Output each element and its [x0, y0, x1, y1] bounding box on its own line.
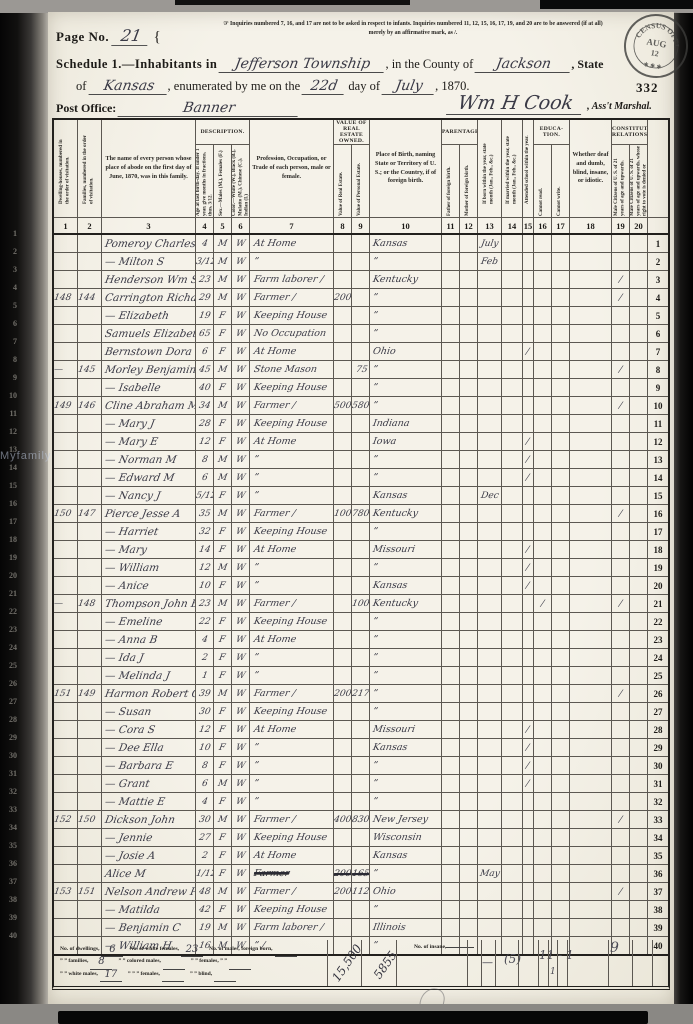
footer-column-rule [652, 940, 653, 986]
cell-birthplace: Kansas [370, 739, 442, 757]
cell-vote_denied [630, 811, 648, 829]
cell-born_month [478, 271, 502, 289]
cell-occupation: At Home [250, 847, 334, 865]
cell-personal_estate: 1650 [352, 865, 370, 883]
cell-birthplace: Missouri [370, 541, 442, 559]
cell-personal_estate [352, 667, 370, 685]
cell-personal_estate [352, 919, 370, 937]
cell-cannot_write [552, 703, 570, 721]
cell-sex: M [214, 253, 232, 271]
cell-color: W [232, 667, 250, 685]
col-number-1: 1 [53, 218, 78, 235]
cell-male_citizen [612, 649, 630, 667]
cell-born_month [478, 721, 502, 739]
cell-male_citizen [612, 577, 630, 595]
cell-family [78, 829, 102, 847]
cell-cannot_write [552, 325, 570, 343]
row-number: 21 [648, 595, 670, 613]
col-header-cannot_write: Cannot write. [552, 145, 570, 218]
cell-school [523, 234, 534, 253]
col-number-2: 2 [78, 218, 102, 235]
cell-male_citizen [612, 559, 630, 577]
cell-birthplace: ” [370, 253, 442, 271]
cell-occupation: ” [250, 469, 334, 487]
cell-family [78, 415, 102, 433]
row-number: 35 [648, 847, 670, 865]
cell-name: Henderson Wm S [102, 271, 196, 289]
cell-occupation: Farmer / [250, 685, 334, 703]
cell-birthplace: Kentucky [370, 505, 442, 523]
cell-dwelling [53, 847, 78, 865]
cell-family: 151 [78, 883, 102, 901]
cell-cannot_read [534, 901, 552, 919]
edge-row-number: 7 [2, 333, 17, 351]
row-number: 10 [648, 397, 670, 415]
cell-cannot_read [534, 559, 552, 577]
cell-occupation: Farmer / [250, 289, 334, 307]
cell-father_fb [442, 685, 460, 703]
census-office-stamp-icon: CENSUS OFFICE AUG 12 ✱ ✱ ✱ [610, 0, 693, 92]
cell-mother_fb [460, 271, 478, 289]
cell-birthplace: ” [370, 685, 442, 703]
cell-vote_denied [630, 379, 648, 397]
cell-dwelling [53, 415, 78, 433]
cell-deaf_dumb [570, 451, 612, 469]
cell-sex: F [214, 307, 232, 325]
cell-sex: M [214, 397, 232, 415]
cell-family: 146 [78, 397, 102, 415]
cell-birthplace: Wisconsin [370, 829, 442, 847]
row-number: 8 [648, 361, 670, 379]
cell-birthplace: ” [370, 793, 442, 811]
cell-real_estate [334, 847, 352, 865]
cell-school [523, 793, 534, 811]
cell-father_fb [442, 739, 460, 757]
cell-age: 10 [196, 739, 214, 757]
cell-born_month [478, 919, 502, 937]
cell-dwelling [53, 865, 78, 883]
cell-vote_denied [630, 325, 648, 343]
cell-deaf_dumb [570, 649, 612, 667]
cell-married_month [502, 595, 523, 613]
enumeration-line: of Kansas, enumerated by me on the 22d d… [76, 78, 469, 95]
cell-married_month [502, 379, 523, 397]
cell-sex: F [214, 379, 232, 397]
row-number: 38 [648, 901, 670, 919]
census-scan-page: Page No. 21 { ☞ Inquiries numbered 7, 16… [0, 0, 693, 1024]
cell-vote_denied [630, 469, 648, 487]
cell-birthplace: Ohio [370, 343, 442, 361]
cell-cannot_read [534, 289, 552, 307]
cell-cannot_read [534, 505, 552, 523]
cell-born_month [478, 559, 502, 577]
summary-value [275, 945, 297, 957]
cell-father_fb [442, 523, 460, 541]
row-number: 39 [648, 919, 670, 937]
cell-father_fb [442, 721, 460, 739]
cell-age: 42 [196, 901, 214, 919]
cell-real_estate [334, 757, 352, 775]
cell-sex: F [214, 649, 232, 667]
cell-cannot_read [534, 757, 552, 775]
cell-personal_estate [352, 271, 370, 289]
row-number: 33 [648, 811, 670, 829]
cell-cannot_write [552, 559, 570, 577]
cell-father_fb [442, 919, 460, 937]
cell-cannot_write [552, 451, 570, 469]
cell-married_month [502, 325, 523, 343]
cell-occupation: At Home [250, 234, 334, 253]
table-row: Bernstown Dora6FWAt HomeOhio/7 [53, 343, 669, 361]
col-number-9: 9 [352, 218, 370, 235]
edge-row-number: 16 [2, 495, 17, 513]
cell-school [523, 649, 534, 667]
cell-male_citizen [612, 469, 630, 487]
cell-personal_estate [352, 757, 370, 775]
cell-school [523, 271, 534, 289]
cell-born_month [478, 379, 502, 397]
cell-birthplace: Illinois [370, 919, 442, 937]
cell-real_estate [334, 919, 352, 937]
cell-name: Alice M [102, 865, 196, 883]
cell-name: Nelson Andrew P [102, 883, 196, 901]
cell-deaf_dumb [570, 757, 612, 775]
cell-mother_fb [460, 829, 478, 847]
cell-personal_estate [352, 379, 370, 397]
cell-school: / [523, 775, 534, 793]
cell-occupation: ” [250, 487, 334, 505]
cell-vote_denied [630, 451, 648, 469]
cell-father_fb [442, 595, 460, 613]
cell-cannot_write [552, 361, 570, 379]
row-number: 19 [648, 559, 670, 577]
cell-name: — Isabelle [102, 379, 196, 397]
cell-cannot_write [552, 307, 570, 325]
cell-name: Harmon Robert G [102, 685, 196, 703]
edge-row-number: 8 [2, 351, 17, 369]
cell-real_estate [334, 541, 352, 559]
table-header: Dwelling-houses, numbered in the order o… [53, 119, 669, 234]
table-row: — Jennie27FWKeeping HouseWisconsin34 [53, 829, 669, 847]
cell-vote_denied [630, 631, 648, 649]
table-row: — Harriet32FWKeeping House”17 [53, 523, 669, 541]
cell-deaf_dumb [570, 559, 612, 577]
table-row: — Elizabeth19FWKeeping House”5 [53, 307, 669, 325]
form-instructions: ☞ Inquiries numbered 7, 16, and 17 are n… [213, 20, 613, 37]
row-number: 22 [648, 613, 670, 631]
row-number: 23 [648, 631, 670, 649]
cell-mother_fb [460, 289, 478, 307]
cell-deaf_dumb [570, 415, 612, 433]
edge-row-number: 35 [2, 837, 17, 855]
cell-vote_denied [630, 739, 648, 757]
cell-school [523, 811, 534, 829]
col-header-sex: Sex.—Males (M.), Females (F.) [214, 145, 232, 218]
cell-male_citizen [612, 865, 630, 883]
edge-row-number: 5 [2, 297, 17, 315]
marshal-signature: Wm H Cook [446, 92, 585, 115]
col-header-birthplace: Place of Birth, naming State or Territor… [370, 119, 442, 218]
cell-real_estate [334, 721, 352, 739]
cell-born_month [478, 883, 502, 901]
cell-dwelling [53, 757, 78, 775]
col-header-school: Attended school within the year. [523, 119, 534, 218]
cell-color: W [232, 271, 250, 289]
cell-deaf_dumb [570, 379, 612, 397]
cell-occupation: At Home [250, 541, 334, 559]
cell-occupation: Keeping House [250, 901, 334, 919]
edge-row-number: 6 [2, 315, 17, 333]
cell-real_estate [334, 361, 352, 379]
cell-dwelling [53, 234, 78, 253]
cell-male_citizen: / [612, 505, 630, 523]
cell-born_month [478, 847, 502, 865]
post-office-line: Post Office: Banner [56, 100, 299, 117]
cell-married_month [502, 775, 523, 793]
cell-occupation: Keeping House [250, 415, 334, 433]
cell-father_fb [442, 883, 460, 901]
edge-row-number: 1 [2, 225, 17, 243]
cell-age: 4 [196, 793, 214, 811]
cell-color: W [232, 829, 250, 847]
cell-name: Dickson John [102, 811, 196, 829]
cell-deaf_dumb [570, 631, 612, 649]
cell-personal_estate [352, 577, 370, 595]
cell-male_citizen [612, 847, 630, 865]
cell-married_month [502, 865, 523, 883]
cell-school [523, 505, 534, 523]
edge-row-number: 37 [2, 873, 17, 891]
cell-mother_fb [460, 901, 478, 919]
row-number: 26 [648, 685, 670, 703]
page-no-label: Page No. [56, 29, 109, 44]
cell-mother_fb [460, 451, 478, 469]
cell-name: — Barbara E [102, 757, 196, 775]
edge-row-number: 38 [2, 891, 17, 909]
col-number-4: 4 [196, 218, 214, 235]
cell-married_month [502, 721, 523, 739]
cell-real_estate: 2000 [334, 685, 352, 703]
cell-male_citizen [612, 379, 630, 397]
cell-color: W [232, 685, 250, 703]
cell-cannot_write [552, 667, 570, 685]
cell-married_month [502, 811, 523, 829]
cell-sex: M [214, 883, 232, 901]
cell-vote_denied [630, 577, 648, 595]
cell-vote_denied [630, 523, 648, 541]
cell-occupation: ” [250, 451, 334, 469]
cell-school [523, 595, 534, 613]
page-number-line: Page No. 21 { [56, 26, 161, 46]
cell-married_month [502, 433, 523, 451]
cell-family: 145 [78, 361, 102, 379]
cell-real_estate: 2000 [334, 883, 352, 901]
cell-color: W [232, 613, 250, 631]
cell-mother_fb [460, 325, 478, 343]
cell-male_citizen [612, 234, 630, 253]
summary-value [229, 957, 251, 969]
cell-occupation: At Home [250, 721, 334, 739]
cell-occupation: Keeping House [250, 703, 334, 721]
cell-name: — Cora S [102, 721, 196, 739]
edge-row-number: 21 [2, 585, 17, 603]
cell-name: — Grant [102, 775, 196, 793]
cell-born_month [478, 613, 502, 631]
cell-birthplace: ” [370, 865, 442, 883]
cell-deaf_dumb [570, 469, 612, 487]
cell-male_citizen [612, 541, 630, 559]
cell-family [78, 325, 102, 343]
cell-male_citizen [612, 667, 630, 685]
cell-father_fb [442, 343, 460, 361]
cell-family [78, 667, 102, 685]
table-footer: No. of dwellings,6No. of white females,2… [52, 940, 670, 990]
cell-mother_fb [460, 739, 478, 757]
row-number: 7 [648, 343, 670, 361]
col-header-name: The name of every person whose place of … [102, 119, 196, 218]
cell-occupation: ” [250, 667, 334, 685]
cell-color: W [232, 487, 250, 505]
cell-color: W [232, 253, 250, 271]
cell-mother_fb [460, 234, 478, 253]
summary-label: No. of dwellings, [60, 943, 99, 955]
cell-cannot_write [552, 234, 570, 253]
cell-real_estate [334, 613, 352, 631]
cell-family [78, 757, 102, 775]
cell-birthplace: Kansas [370, 847, 442, 865]
cell-school: / [523, 577, 534, 595]
table-row: — Mattie E4FW””32 [53, 793, 669, 811]
table-body: Pomeroy Charles4MWAt HomeKansasJuly1— Mi… [53, 234, 669, 955]
cell-born_month [478, 775, 502, 793]
cell-married_month [502, 271, 523, 289]
cell-cannot_read [534, 343, 552, 361]
cell-male_citizen [612, 253, 630, 271]
cell-occupation: ” [250, 577, 334, 595]
cell-sex: M [214, 811, 232, 829]
cell-vote_denied [630, 397, 648, 415]
cell-sex: M [214, 451, 232, 469]
summary-label: No. of white females, [129, 943, 179, 955]
row-number: 12 [648, 433, 670, 451]
cell-dwelling [53, 253, 78, 271]
table-row: —145Morley Benjamin P45MWStone Mason75”/… [53, 361, 669, 379]
col-number-15: 15 [523, 218, 534, 235]
cell-cannot_read [534, 577, 552, 595]
cell-deaf_dumb [570, 613, 612, 631]
edge-row-number: 17 [2, 513, 17, 531]
cell-age: 2 [196, 847, 214, 865]
cell-color: W [232, 919, 250, 937]
summary-value: 17 [100, 970, 122, 982]
cell-mother_fb [460, 577, 478, 595]
cell-married_month [502, 577, 523, 595]
summary-value: 23 [181, 945, 203, 957]
cell-male_citizen: / [612, 361, 630, 379]
cell-cannot_write [552, 433, 570, 451]
cell-father_fb [442, 847, 460, 865]
cell-age: 4 [196, 631, 214, 649]
cell-mother_fb [460, 433, 478, 451]
cell-sex: M [214, 559, 232, 577]
cell-family [78, 451, 102, 469]
schedule-label: Schedule 1.—Inhabitants in [56, 57, 217, 71]
cell-age: 30 [196, 703, 214, 721]
cell-real_estate: 200 [334, 289, 352, 307]
cell-father_fb [442, 433, 460, 451]
cell-birthplace: ” [370, 379, 442, 397]
cell-deaf_dumb [570, 595, 612, 613]
cell-personal_estate [352, 721, 370, 739]
cell-school [523, 865, 534, 883]
cell-dwelling [53, 325, 78, 343]
cell-personal_estate: 100 [352, 595, 370, 613]
cell-father_fb [442, 865, 460, 883]
table-row: 150147Pierce Jesse A35MWFarmer /1000780K… [53, 505, 669, 523]
edge-row-number: 18 [2, 531, 17, 549]
cell-married_month [502, 847, 523, 865]
cell-real_estate [334, 523, 352, 541]
table-row: — Mary J28FWKeeping HouseIndiana11 [53, 415, 669, 433]
table-row: — Matilda42FWKeeping House”38 [53, 901, 669, 919]
cell-family [78, 271, 102, 289]
cell-family [78, 739, 102, 757]
cell-dwelling [53, 577, 78, 595]
cell-age: 1 [196, 667, 214, 685]
cell-male_citizen [612, 631, 630, 649]
cell-dwelling [53, 271, 78, 289]
cell-personal_estate [352, 631, 370, 649]
cell-color: W [232, 343, 250, 361]
cell-color: W [232, 631, 250, 649]
footer-column-rule [361, 940, 362, 986]
cell-deaf_dumb [570, 397, 612, 415]
cell-mother_fb [460, 307, 478, 325]
col-number-14: 14 [502, 218, 523, 235]
edge-row-number: 40 [2, 927, 17, 945]
cell-born_month: Dec [478, 487, 502, 505]
cell-birthplace: ” [370, 703, 442, 721]
cell-dwelling [53, 739, 78, 757]
marshal-signature-line: Wm H Cook , Ass't Marshal. [448, 92, 652, 115]
cell-age: 27 [196, 829, 214, 847]
state-value: Kansas [88, 78, 169, 95]
cell-vote_denied [630, 685, 648, 703]
cell-married_month [502, 793, 523, 811]
col-header-father_fb: Father of foreign birth. [442, 145, 460, 218]
cell-married_month [502, 541, 523, 559]
cell-birthplace: Missouri [370, 721, 442, 739]
cell-school [523, 919, 534, 937]
edge-row-number: 36 [2, 855, 17, 873]
cell-dwelling [53, 721, 78, 739]
table-row: — Mary14FWAt HomeMissouri/18 [53, 541, 669, 559]
cell-occupation: Farm laborer / [250, 271, 334, 289]
cell-age: 12 [196, 559, 214, 577]
cell-cannot_read [534, 253, 552, 271]
cell-born_month [478, 541, 502, 559]
cell-personal_estate [352, 703, 370, 721]
cell-color: W [232, 505, 250, 523]
cell-cannot_write [552, 901, 570, 919]
cell-age: 23 [196, 595, 214, 613]
cell-cannot_read [534, 829, 552, 847]
cell-school [523, 415, 534, 433]
group-header-description: Description. [196, 119, 250, 145]
cell-cannot_read [534, 649, 552, 667]
cell-age: 65 [196, 325, 214, 343]
cell-cannot_write [552, 253, 570, 271]
